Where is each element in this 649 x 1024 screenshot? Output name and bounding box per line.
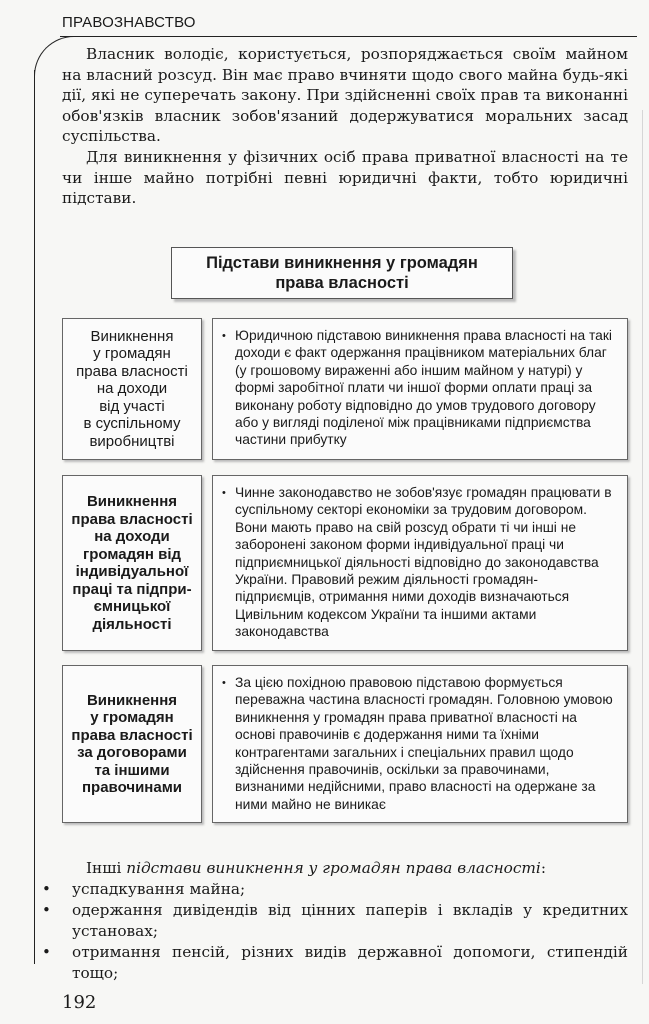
scheme-title: Підстави виникнення у громадян права вла… — [171, 247, 513, 299]
page-edge — [642, 110, 643, 984]
scheme-row-text: Чинне законодавство не зобов'язує громад… — [235, 485, 612, 639]
other-grounds-list: успадкування майна; одержання дивідендів… — [62, 879, 628, 984]
page-frame-left-rule — [34, 70, 35, 964]
scheme-row-text: Юридичною підставою виникнення права вла… — [235, 328, 612, 447]
lead-end: : — [541, 859, 546, 877]
scheme-row-description: • За цією похідною правовою підставою фо… — [212, 665, 628, 823]
scheme-row-text: За цією похідною правовою підставою форм… — [235, 675, 613, 812]
scheme-row-label: Виникнення у громадян права власності на… — [62, 318, 202, 460]
list-item: отримання пенсій, різних видів державної… — [62, 942, 628, 984]
intro-paragraph: Для виникнення у фізичних осіб права при… — [62, 147, 628, 209]
header-rule — [60, 36, 637, 37]
list-item: успадкування майна; — [62, 879, 628, 900]
bullet-icon: • — [222, 675, 226, 692]
scheme-row-description: • Чинне законодавство не зобов'язує гром… — [212, 475, 628, 651]
other-grounds-lead: Інші підстави виникнення у громадян прав… — [62, 858, 628, 879]
lead-italic: підстави виникнення у громадян права вла… — [126, 859, 541, 877]
scheme-row-description: • Юридичною підставою виникнення права в… — [212, 318, 628, 460]
other-grounds-section: Інші підстави виникнення у громадян прав… — [62, 858, 628, 984]
intro-paragraph: Власник володіє, користується, розпорядж… — [62, 44, 628, 147]
scheme-row-label: Виникнення у громадян права власності за… — [62, 665, 202, 823]
scheme-row-label: Виникнення права власності на доходи гро… — [62, 475, 202, 651]
scheme-title-line: Підстави виникнення у громадян — [206, 253, 478, 273]
lead-plain: Інші — [86, 859, 126, 877]
running-header: ПРАВОЗНАВСТВО — [62, 14, 196, 31]
page-number: 192 — [62, 992, 96, 1013]
scheme-title-line: права власності — [275, 273, 408, 293]
list-item: одержання дивідендів від цінних паперів … — [62, 900, 628, 942]
bullet-icon: • — [222, 328, 226, 345]
intro-text: Власник володіє, користується, розпорядж… — [62, 44, 628, 209]
bullet-icon: • — [222, 485, 226, 502]
